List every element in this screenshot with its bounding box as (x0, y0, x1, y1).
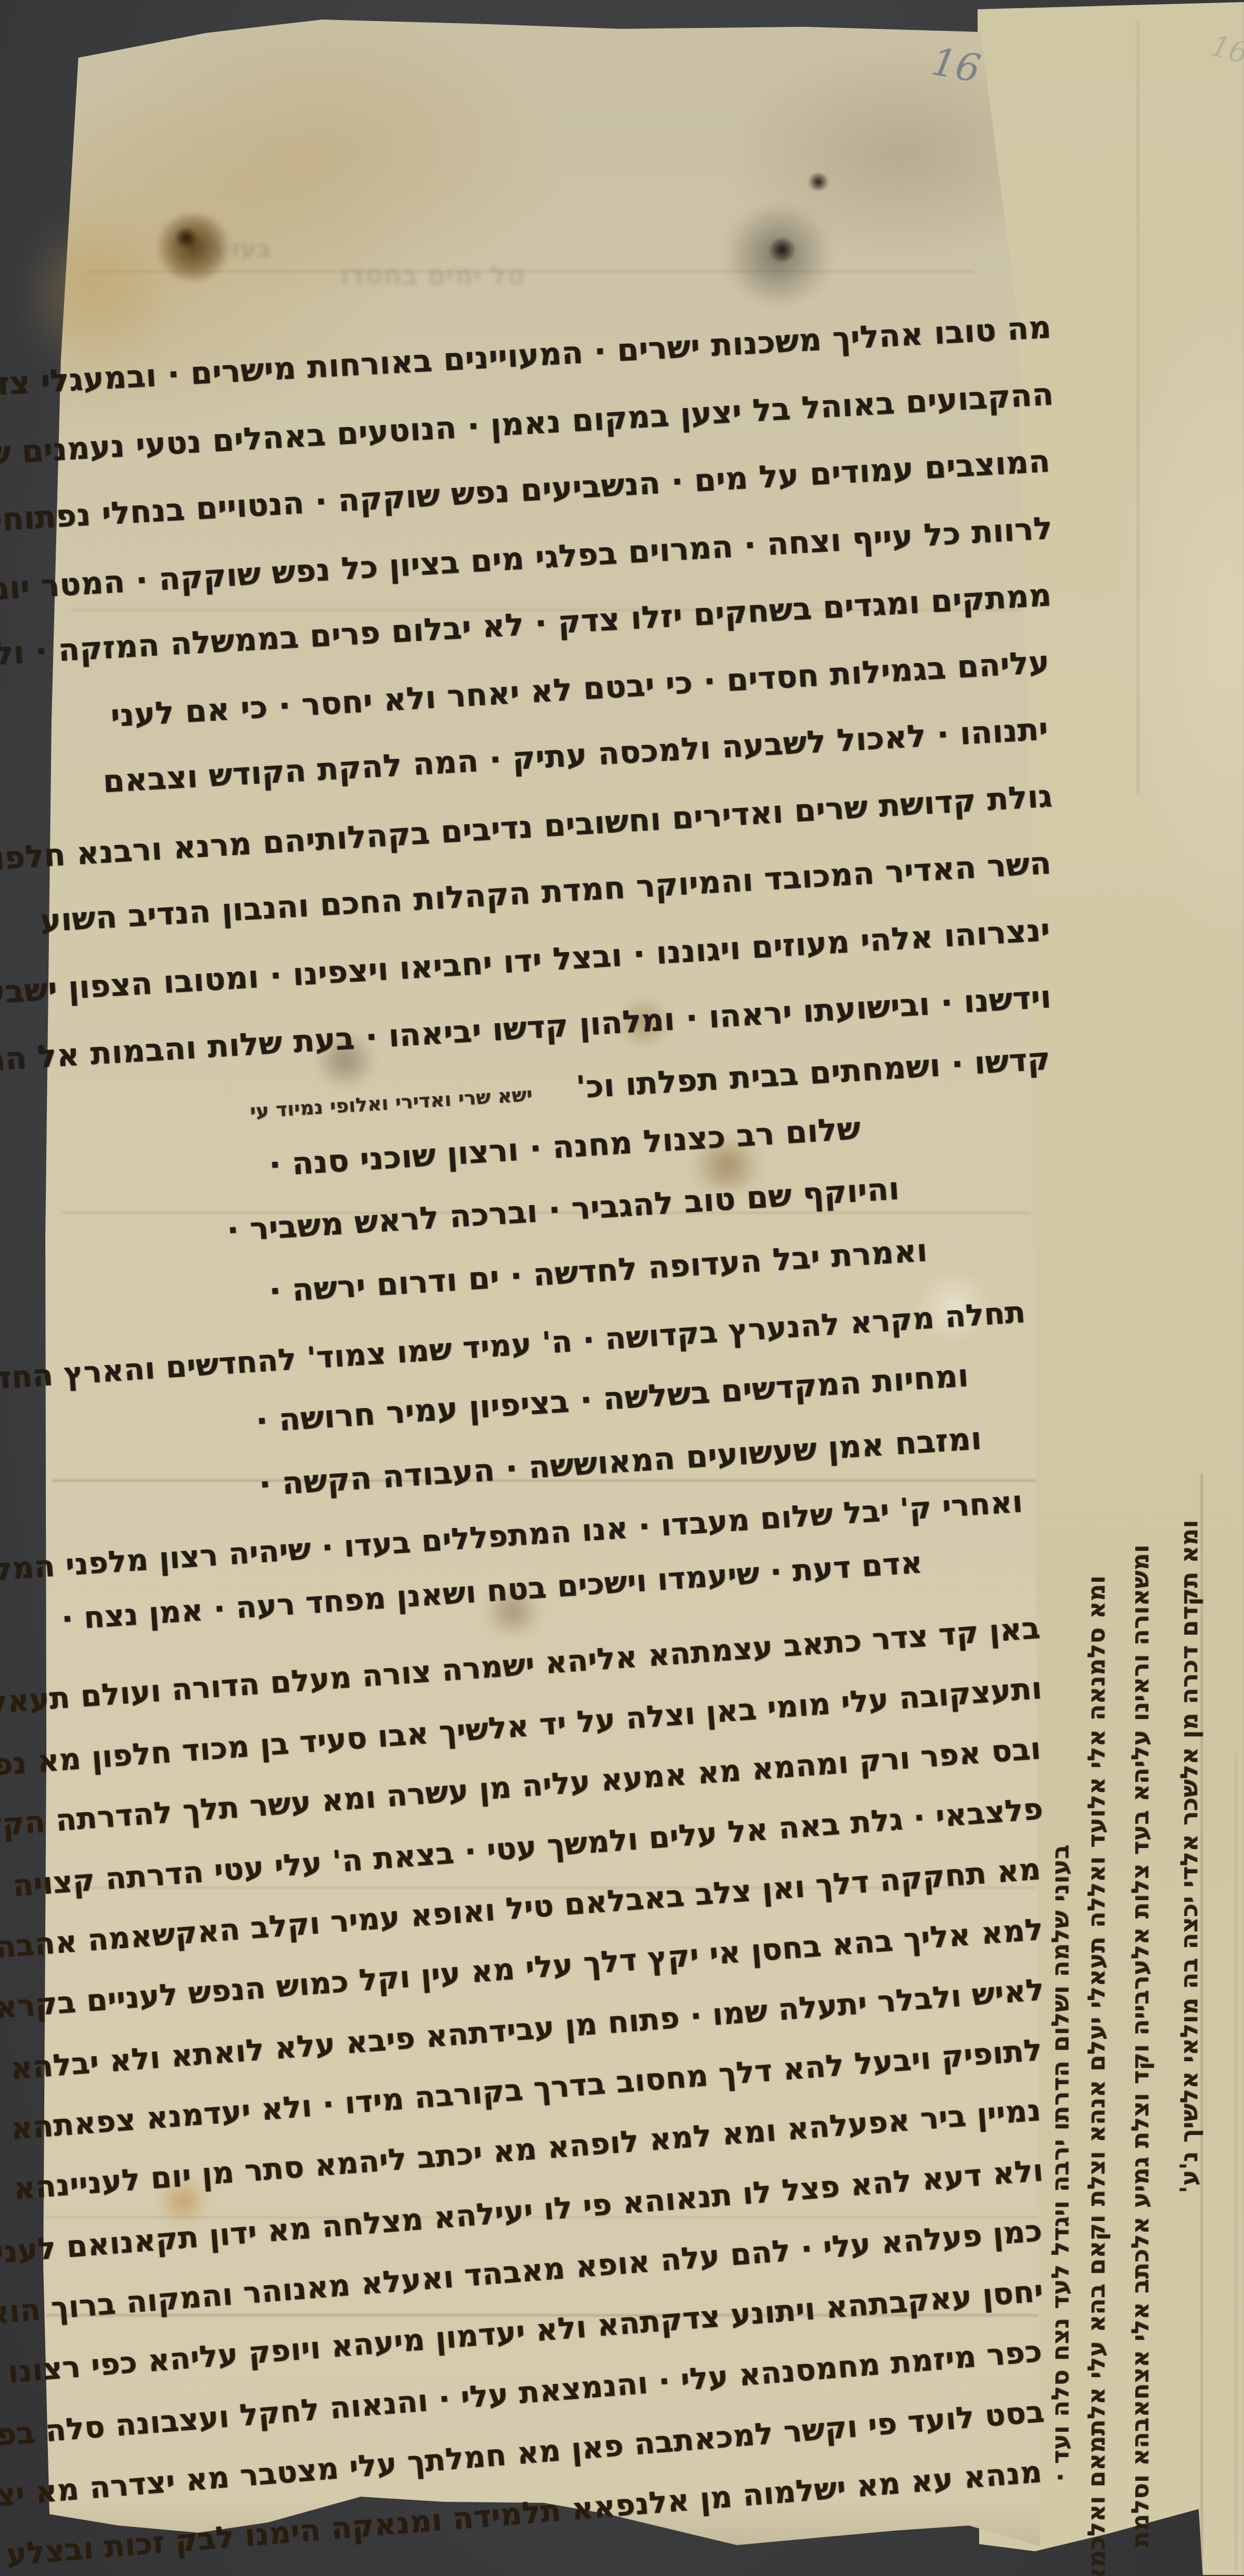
margin-vertical-line: ומא סלמנאה אלי אלועד ואללה תעאלי יעלם אנ… (1082, 1575, 1123, 2554)
margin-vertical-line: ומא תקדם דכרה מן אלשכר אלדי יכצה בה מולא… (1175, 1520, 1216, 2138)
ghost-heading: בעז רחמ (175, 234, 271, 262)
margin-vertical-line: בעוני שלמה ושלום הדרתו ירבה ויגדל לעד נצ… (1046, 1844, 1087, 2555)
margin-vertical-line: ומשאורה וראינו עליהא בעד צלות אלערבייה ו… (1126, 1545, 1167, 2549)
manuscript-scan: 16 16 בעז רחמ טל ימים בחסדו מה טובו אהלי… (0, 0, 1244, 2576)
ghost-offset-text: טל ימים בחסדו (340, 260, 525, 291)
folio-number: 16 (928, 39, 984, 91)
